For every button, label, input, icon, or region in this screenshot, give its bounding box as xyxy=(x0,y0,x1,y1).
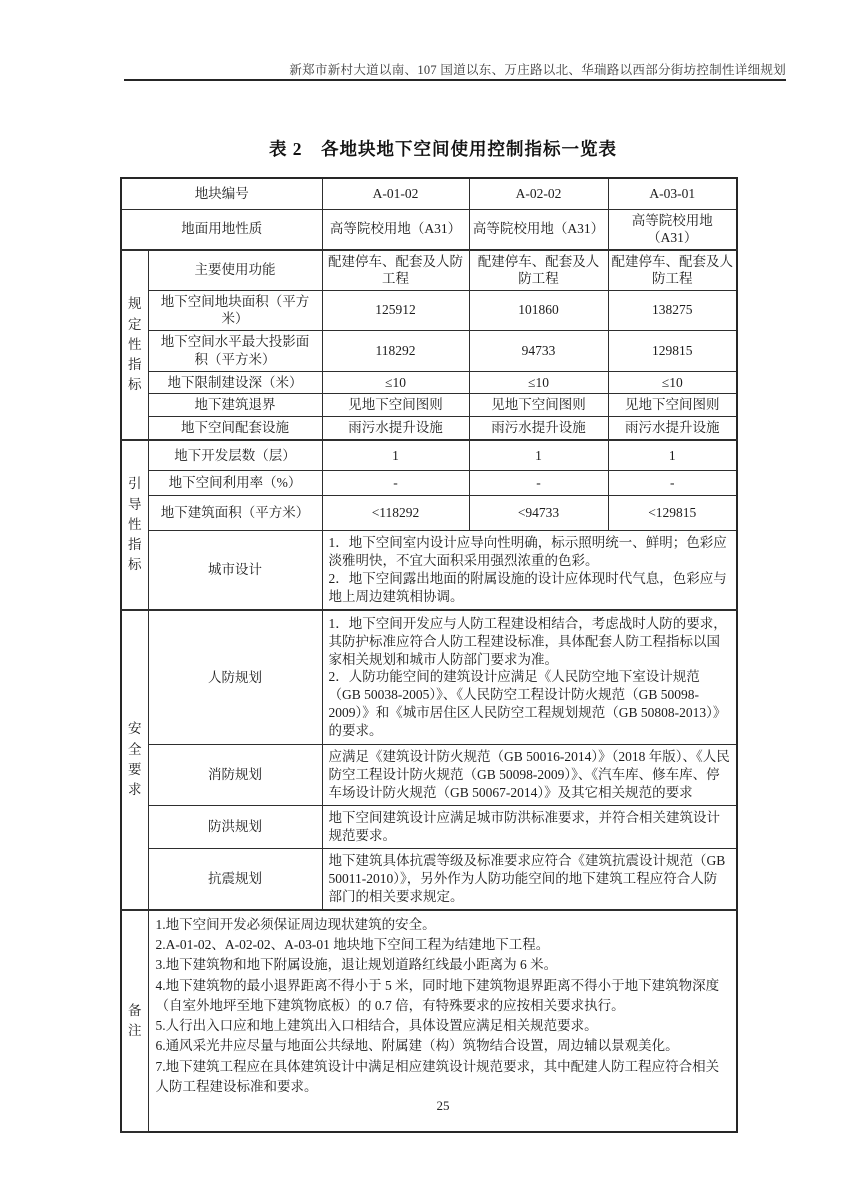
setback-value: 见地下空间图则 xyxy=(322,394,469,417)
setback-value: 见地下空间图则 xyxy=(469,394,608,417)
main-function-value: 配建停车、配套及人防工程 xyxy=(322,250,469,291)
building-area-label: 地下建筑面积（平方米） xyxy=(148,495,322,530)
floors-value: 1 xyxy=(608,440,737,470)
main-function-label: 主要使用功能 xyxy=(148,250,322,291)
utilization-value: - xyxy=(469,470,608,495)
floors-value: 1 xyxy=(322,440,469,470)
facilities-value: 雨污水提升设施 xyxy=(608,416,737,440)
landuse-label: 地面用地性质 xyxy=(121,209,322,250)
facilities-value: 雨污水提升设施 xyxy=(469,416,608,440)
plot-area-value: 138275 xyxy=(608,290,737,330)
table-row: 地下限制建设深（米） ≤10 ≤10 ≤10 xyxy=(121,371,737,394)
table-row: 地下建筑面积（平方米） <118292 <94733 <129815 xyxy=(121,495,737,530)
landuse-value: 高等院校用地（A31） xyxy=(322,209,469,250)
setback-label: 地下建筑退界 xyxy=(148,394,322,417)
plot-number-value: A-01-02 xyxy=(322,178,469,209)
plot-number-label: 地块编号 xyxy=(121,178,322,209)
landuse-value: 高等院校用地（A31） xyxy=(469,209,608,250)
table-row: 消防规划 应满足《建筑设计防火规范（GB 50016-2014）》（2018 年… xyxy=(121,745,737,806)
section-label-regulatory: 规定性指标 xyxy=(121,250,148,441)
fire-protection-text: 应满足《建筑设计防火规范（GB 50016-2014）》（2018 年版）、《人… xyxy=(322,745,737,806)
table-row: 地下空间利用率（%） - - - xyxy=(121,470,737,495)
utilization-value: - xyxy=(322,470,469,495)
civil-defense-label: 人防规划 xyxy=(148,610,322,745)
plot-number-value: A-03-01 xyxy=(608,178,737,209)
table-row: 安全要求 人防规划 1．地下空间开发应与人防工程建设相结合，考虑战时人防的要求，… xyxy=(121,610,737,745)
table-row: 地下空间水平最大投影面积（平方米） 118292 94733 129815 xyxy=(121,330,737,371)
table-row: 防洪规划 地下空间建筑设计应满足城市防洪标准要求，并符合相关建筑设计规范要求。 xyxy=(121,806,737,849)
table-row: 引导性指标 地下开发层数（层） 1 1 1 xyxy=(121,440,737,470)
section-label-safety: 安全要求 xyxy=(121,610,148,910)
section-label-guiding: 引导性指标 xyxy=(121,440,148,609)
running-header: 新郑市新村大道以南、107 国道以东、万庄路以北、华瑞路以西部分街坊控制性详细规… xyxy=(289,60,786,78)
facilities-value: 雨污水提升设施 xyxy=(322,416,469,440)
table-row: 地下空间配套设施 雨污水提升设施 雨污水提升设施 雨污水提升设施 xyxy=(121,416,737,440)
main-function-value: 配建停车、配套及人防工程 xyxy=(608,250,737,291)
plot-area-value: 125912 xyxy=(322,290,469,330)
table-row: 抗震规划 地下建筑具体抗震等级及标准要求应符合《建筑抗震设计规范（GB 5001… xyxy=(121,848,737,909)
utilization-label: 地下空间利用率（%） xyxy=(148,470,322,495)
table-row: 地下建筑退界 见地下空间图则 见地下空间图则 见地下空间图则 xyxy=(121,394,737,417)
depth-limit-value: ≤10 xyxy=(469,371,608,394)
building-area-value: <129815 xyxy=(608,495,737,530)
flood-control-text: 地下空间建筑设计应满足城市防洪标准要求，并符合相关建筑设计规范要求。 xyxy=(322,806,737,849)
plot-number-value: A-02-02 xyxy=(469,178,608,209)
facilities-label: 地下空间配套设施 xyxy=(148,416,322,440)
table-row: 地块编号 A-01-02 A-02-02 A-03-01 xyxy=(121,178,737,209)
city-design-text: 1．地下空间室内设计应导向性明确，标示照明统一、鲜明；色彩应淡雅明快，不宜大面积… xyxy=(322,530,737,609)
main-function-value: 配建停车、配套及人防工程 xyxy=(469,250,608,291)
document-page: 新郑市新村大道以南、107 国道以东、万庄路以北、华瑞路以西部分街坊控制性详细规… xyxy=(0,0,848,1200)
plot-area-label: 地下空间地块面积（平方米） xyxy=(148,290,322,330)
floors-label: 地下开发层数（层） xyxy=(148,440,322,470)
city-design-label: 城市设计 xyxy=(148,530,322,609)
plot-area-value: 101860 xyxy=(469,290,608,330)
page-title: 表 2 各地块地下空间使用控制指标一览表 xyxy=(120,136,766,161)
fire-protection-label: 消防规划 xyxy=(148,745,322,806)
projection-area-value: 118292 xyxy=(322,330,469,371)
civil-defense-text: 1．地下空间开发应与人防工程建设相结合，考虑战时人防的要求，其防护标准应符合人防… xyxy=(322,610,737,745)
projection-area-value: 94733 xyxy=(469,330,608,371)
depth-limit-value: ≤10 xyxy=(608,371,737,394)
landuse-value: 高等院校用地（A31） xyxy=(608,209,737,250)
table-row: 规定性指标 主要使用功能 配建停车、配套及人防工程 配建停车、配套及人防工程 配… xyxy=(121,250,737,291)
projection-area-value: 129815 xyxy=(608,330,737,371)
setback-value: 见地下空间图则 xyxy=(608,394,737,417)
table-row: 地下空间地块面积（平方米） 125912 101860 138275 xyxy=(121,290,737,330)
flood-control-label: 防洪规划 xyxy=(148,806,322,849)
floors-value: 1 xyxy=(469,440,608,470)
table-row: 地面用地性质 高等院校用地（A31） 高等院校用地（A31） 高等院校用地（A3… xyxy=(121,209,737,250)
indicator-table: 地块编号 A-01-02 A-02-02 A-03-01 地面用地性质 高等院校… xyxy=(120,177,738,1133)
depth-limit-label: 地下限制建设深（米） xyxy=(148,371,322,394)
header-rule xyxy=(124,79,786,81)
page-number: 25 xyxy=(120,1098,766,1114)
seismic-text: 地下建筑具体抗震等级及标准要求应符合《建筑抗震设计规范（GB 50011-201… xyxy=(322,848,737,909)
depth-limit-value: ≤10 xyxy=(322,371,469,394)
seismic-label: 抗震规划 xyxy=(148,848,322,909)
table-row: 城市设计 1．地下空间室内设计应导向性明确，标示照明统一、鲜明；色彩应淡雅明快，… xyxy=(121,530,737,609)
projection-area-label: 地下空间水平最大投影面积（平方米） xyxy=(148,330,322,371)
building-area-value: <118292 xyxy=(322,495,469,530)
building-area-value: <94733 xyxy=(469,495,608,530)
utilization-value: - xyxy=(608,470,737,495)
